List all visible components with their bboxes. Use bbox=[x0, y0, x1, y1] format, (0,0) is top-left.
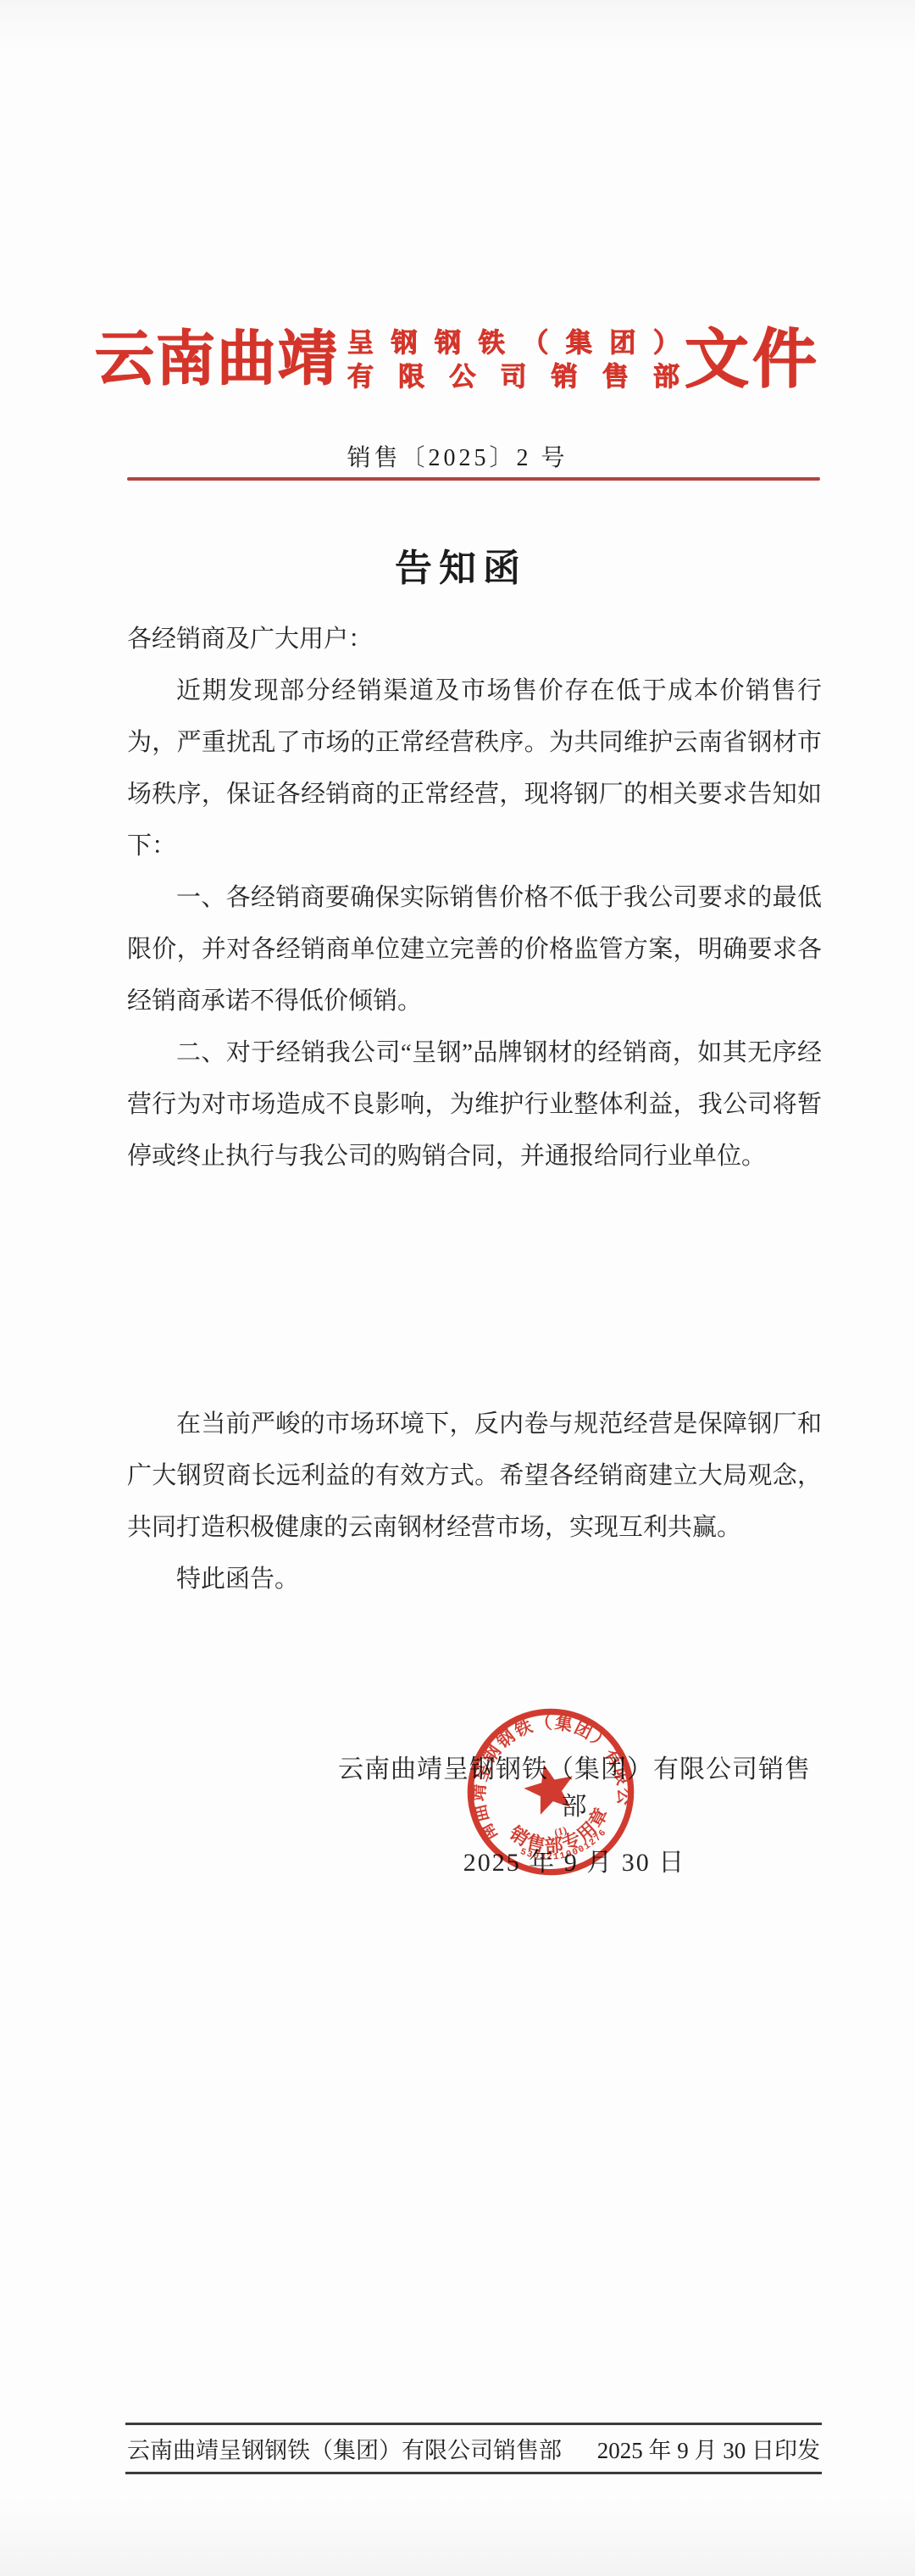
footer-print-date: 2025 年 9 月 30 日印发 bbox=[597, 2432, 820, 2465]
signature-block: 云南曲靖呈钢钢铁（集团）有限公司销售部 2025 年 9 月 30 日 bbox=[329, 1748, 820, 1878]
signature-date: 2025 年 9 月 30 日 bbox=[329, 1841, 820, 1878]
footer-issuer: 云南曲靖呈钢钢铁（集团）有限公司销售部 bbox=[127, 2432, 562, 2465]
document-number: 销售〔2025〕2 号 bbox=[0, 439, 915, 473]
salutation: 各经销商及广大用户： bbox=[127, 614, 822, 665]
closing-phrase: 特此函告。 bbox=[127, 1554, 822, 1605]
official-document-page: 云南曲靖 呈钢钢铁（集团） 有限公司销售部 文件 销售〔2025〕2 号 告知函… bbox=[0, 0, 915, 2576]
footer-bar: 云南曲靖呈钢钢铁（集团）有限公司销售部 2025 年 9 月 30 日印发 bbox=[125, 2423, 822, 2474]
red-separator-rule bbox=[127, 477, 820, 481]
paragraph-gap bbox=[127, 1182, 822, 1399]
document-body: 各经销商及广大用户： 近期发现部分经销渠道及市场售价存在低于成本价销售行为，严重… bbox=[127, 614, 822, 1605]
signature-company: 云南曲靖呈钢钢铁（集团）有限公司销售部 bbox=[329, 1748, 820, 1822]
letterhead: 云南曲靖 呈钢钢铁（集团） 有限公司销售部 文件 bbox=[0, 324, 915, 397]
letterhead-org-large: 云南曲靖 bbox=[95, 324, 339, 397]
letterhead-org-small-line2: 有限公司销售部 bbox=[347, 360, 679, 394]
letterhead-org-small-line1: 呈钢钢铁（集团） bbox=[347, 326, 679, 360]
body-paragraph: 一、各经销商要确保实际销售价格不低于我公司要求的最低限价，并对各经销商单位建立完… bbox=[127, 872, 822, 1027]
letterhead-org-small: 呈钢钢铁（集团） 有限公司销售部 bbox=[347, 326, 679, 394]
letterhead-doc-word: 文件 bbox=[685, 324, 820, 397]
body-paragraph: 二、对于经销我公司“呈钢”品牌钢材的经销商，如其无序经营行为对市场造成不良影响，… bbox=[127, 1027, 822, 1182]
document-title: 告知函 bbox=[0, 537, 915, 592]
body-paragraph: 近期发现部分经销渠道及市场售价存在低于成本价销售行为，严重扰乱了市场的正常经营秩… bbox=[127, 665, 822, 872]
closing-paragraph: 在当前严峻的市场环境下，反内卷与规范经营是保障钢厂和广大钢贸商长远利益的有效方式… bbox=[127, 1399, 822, 1554]
